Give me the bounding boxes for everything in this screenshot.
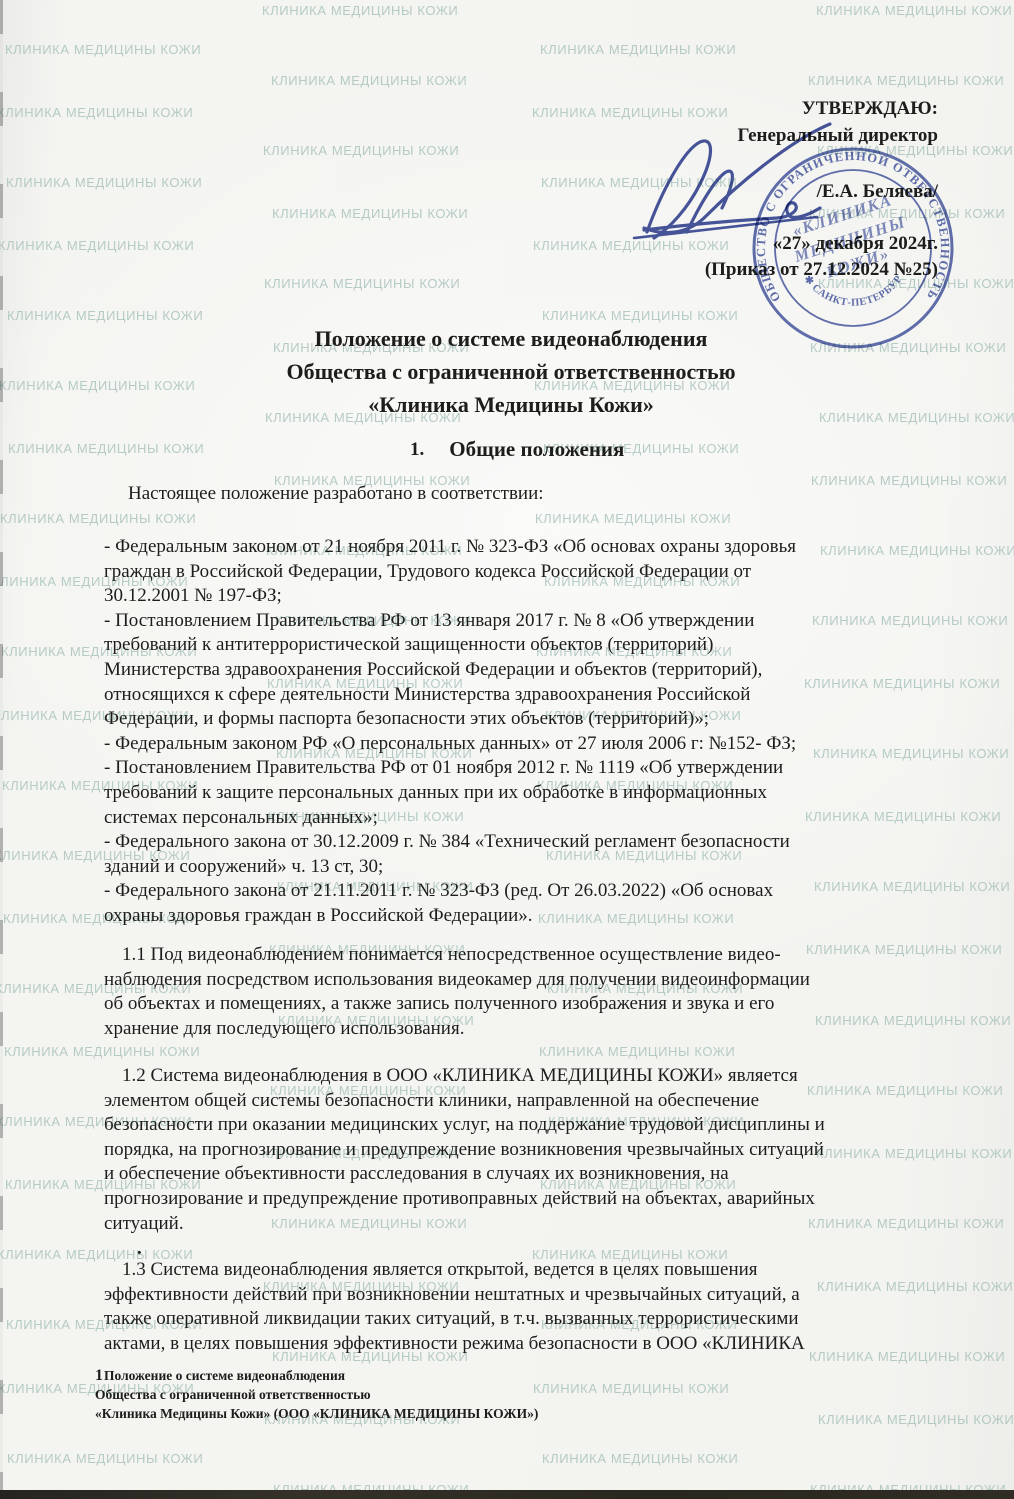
legal-references-list-line: требований к антитеррористической защище… [104,633,974,658]
footer-page-number: 1 [95,1366,103,1385]
section-number: 1. [410,437,424,462]
legal-references-list-line: Министерства здравоохранения Российской … [104,658,974,683]
clause-1-3: 1.3 Система видеонаблюдения является отк… [104,1258,974,1356]
clause-1-3-line: 1.3 Система видеонаблюдения является отк… [104,1258,974,1283]
legal-references-list-line: - Федеральным законом от 21 ноября 2011 … [104,535,974,560]
clause-1-1-line: хранение для последующего использования. [104,1017,974,1042]
clause-1-1-line: наблюдения посредством использования вид… [104,968,974,993]
document-title-line: Общества с ограниченной ответственностью [4,355,1014,388]
footer: 1 Положение о системе видеонаблюдения Об… [95,1366,538,1423]
legal-references-list-line: - Постановлением Правительства РФ от 13 … [104,609,974,634]
legal-references-list-line: относящихся к сфере деятельности Министе… [104,683,974,708]
legal-references-list-line: Федерации, и формы паспорта безопасности… [104,707,974,732]
clause-1-1-line: об объектах и помещениях, а также запись… [104,992,974,1017]
legal-references-list-line: охраны здоровья граждан в Российской Фед… [104,904,974,929]
footer-line-1: 1 Положение о системе видеонаблюдения [95,1366,538,1385]
clause-1-1: 1.1 Под видеонаблюдением понимается непо… [104,943,974,1041]
legal-references-list-line: - Федерального закона от 30.12.2009 г. №… [104,830,974,855]
scan-edge-bottom [0,1490,1014,1499]
stamp-ring-text: ОБЩЕСТВО С ОГРАНИЧЕННОЙ ОТВЕТСТВЕННОСТЬЮ [750,145,952,304]
legal-references-list-line: требований к защите персональных данных … [104,781,974,806]
footer-line-2: Общества с ограниченной ответственностью [95,1385,538,1404]
approve-label: УТВЕРЖДАЮ: [705,97,938,120]
legal-references-list-line: - Федерального закона от 21.11.2011 г. №… [104,879,974,904]
legal-references-list-line: граждан в Российской Федерации, Трудовог… [104,560,974,585]
intro-sentence: Настоящее положение разработано в соотве… [104,483,544,505]
clause-1-2-line: элементом общей системы безопасности кли… [104,1089,974,1114]
legal-references-list-line: системах персональных данных»; [104,806,974,831]
scan-edge-left [0,0,3,1499]
footer-doc-name: Положение о системе видеонаблюдения [104,1366,345,1385]
clause-1-2-line: безопасности при оказании медицинских ус… [104,1113,974,1138]
legal-references-list-line: - Федеральным законом РФ «О персональных… [104,732,974,757]
clause-1-2-line: и обеспечение объективности расследовани… [104,1162,974,1187]
footer-line-3: «Клиника Медицины Кожи» (ООО «КЛИНИКА МЕ… [95,1404,538,1423]
clause-1-3-line: эффективности действий при возникновении… [104,1283,974,1308]
section-1-heading: 1. Общие положения [410,437,624,462]
section-title: Общие положения [449,437,624,462]
clause-1-1-line: 1.1 Под видеонаблюдением понимается непо… [104,943,974,968]
clause-1-3-line: актами, в целях повышения эффективности … [104,1332,974,1357]
clause-1-2: 1.2 Система видеонаблюдения в ООО «КЛИНИ… [104,1064,974,1236]
clause-1-3-line: также оперативной ликвидации таких ситуа… [104,1307,974,1332]
legal-references-list-line: - Постановлением Правительства РФ от 01 … [104,756,974,781]
clause-1-2-line: 1.2 Система видеонаблюдения в ООО «КЛИНИ… [104,1064,974,1089]
legal-references-list-line: 30.12.2001 № 197-ФЗ; [104,584,974,609]
scanned-document-page: КЛИНИКА МЕДИЦИНЫ КОЖИКЛИНИКА МЕДИЦИНЫ КО… [0,0,1014,1499]
clause-1-2-line: порядка, на прогнозирование и предупрежд… [104,1138,974,1163]
stray-dot-mark: . [137,1238,142,1260]
document-title-line: «Клиника Медицины Кожи» [4,388,1014,421]
clause-1-2-line: ситуаций. [104,1212,974,1237]
legal-references-list: - Федеральным законом от 21 ноября 2011 … [104,535,974,929]
company-stamp: ОБЩЕСТВО С ОГРАНИЧЕННОЙ ОТВЕТСТВЕННОСТЬЮ… [750,145,956,351]
clause-1-2-line: прогнозирование и предупреждение противо… [104,1187,974,1212]
legal-references-list-line: зданий и сооружений» ч. 13 ст, 30; [104,855,974,880]
